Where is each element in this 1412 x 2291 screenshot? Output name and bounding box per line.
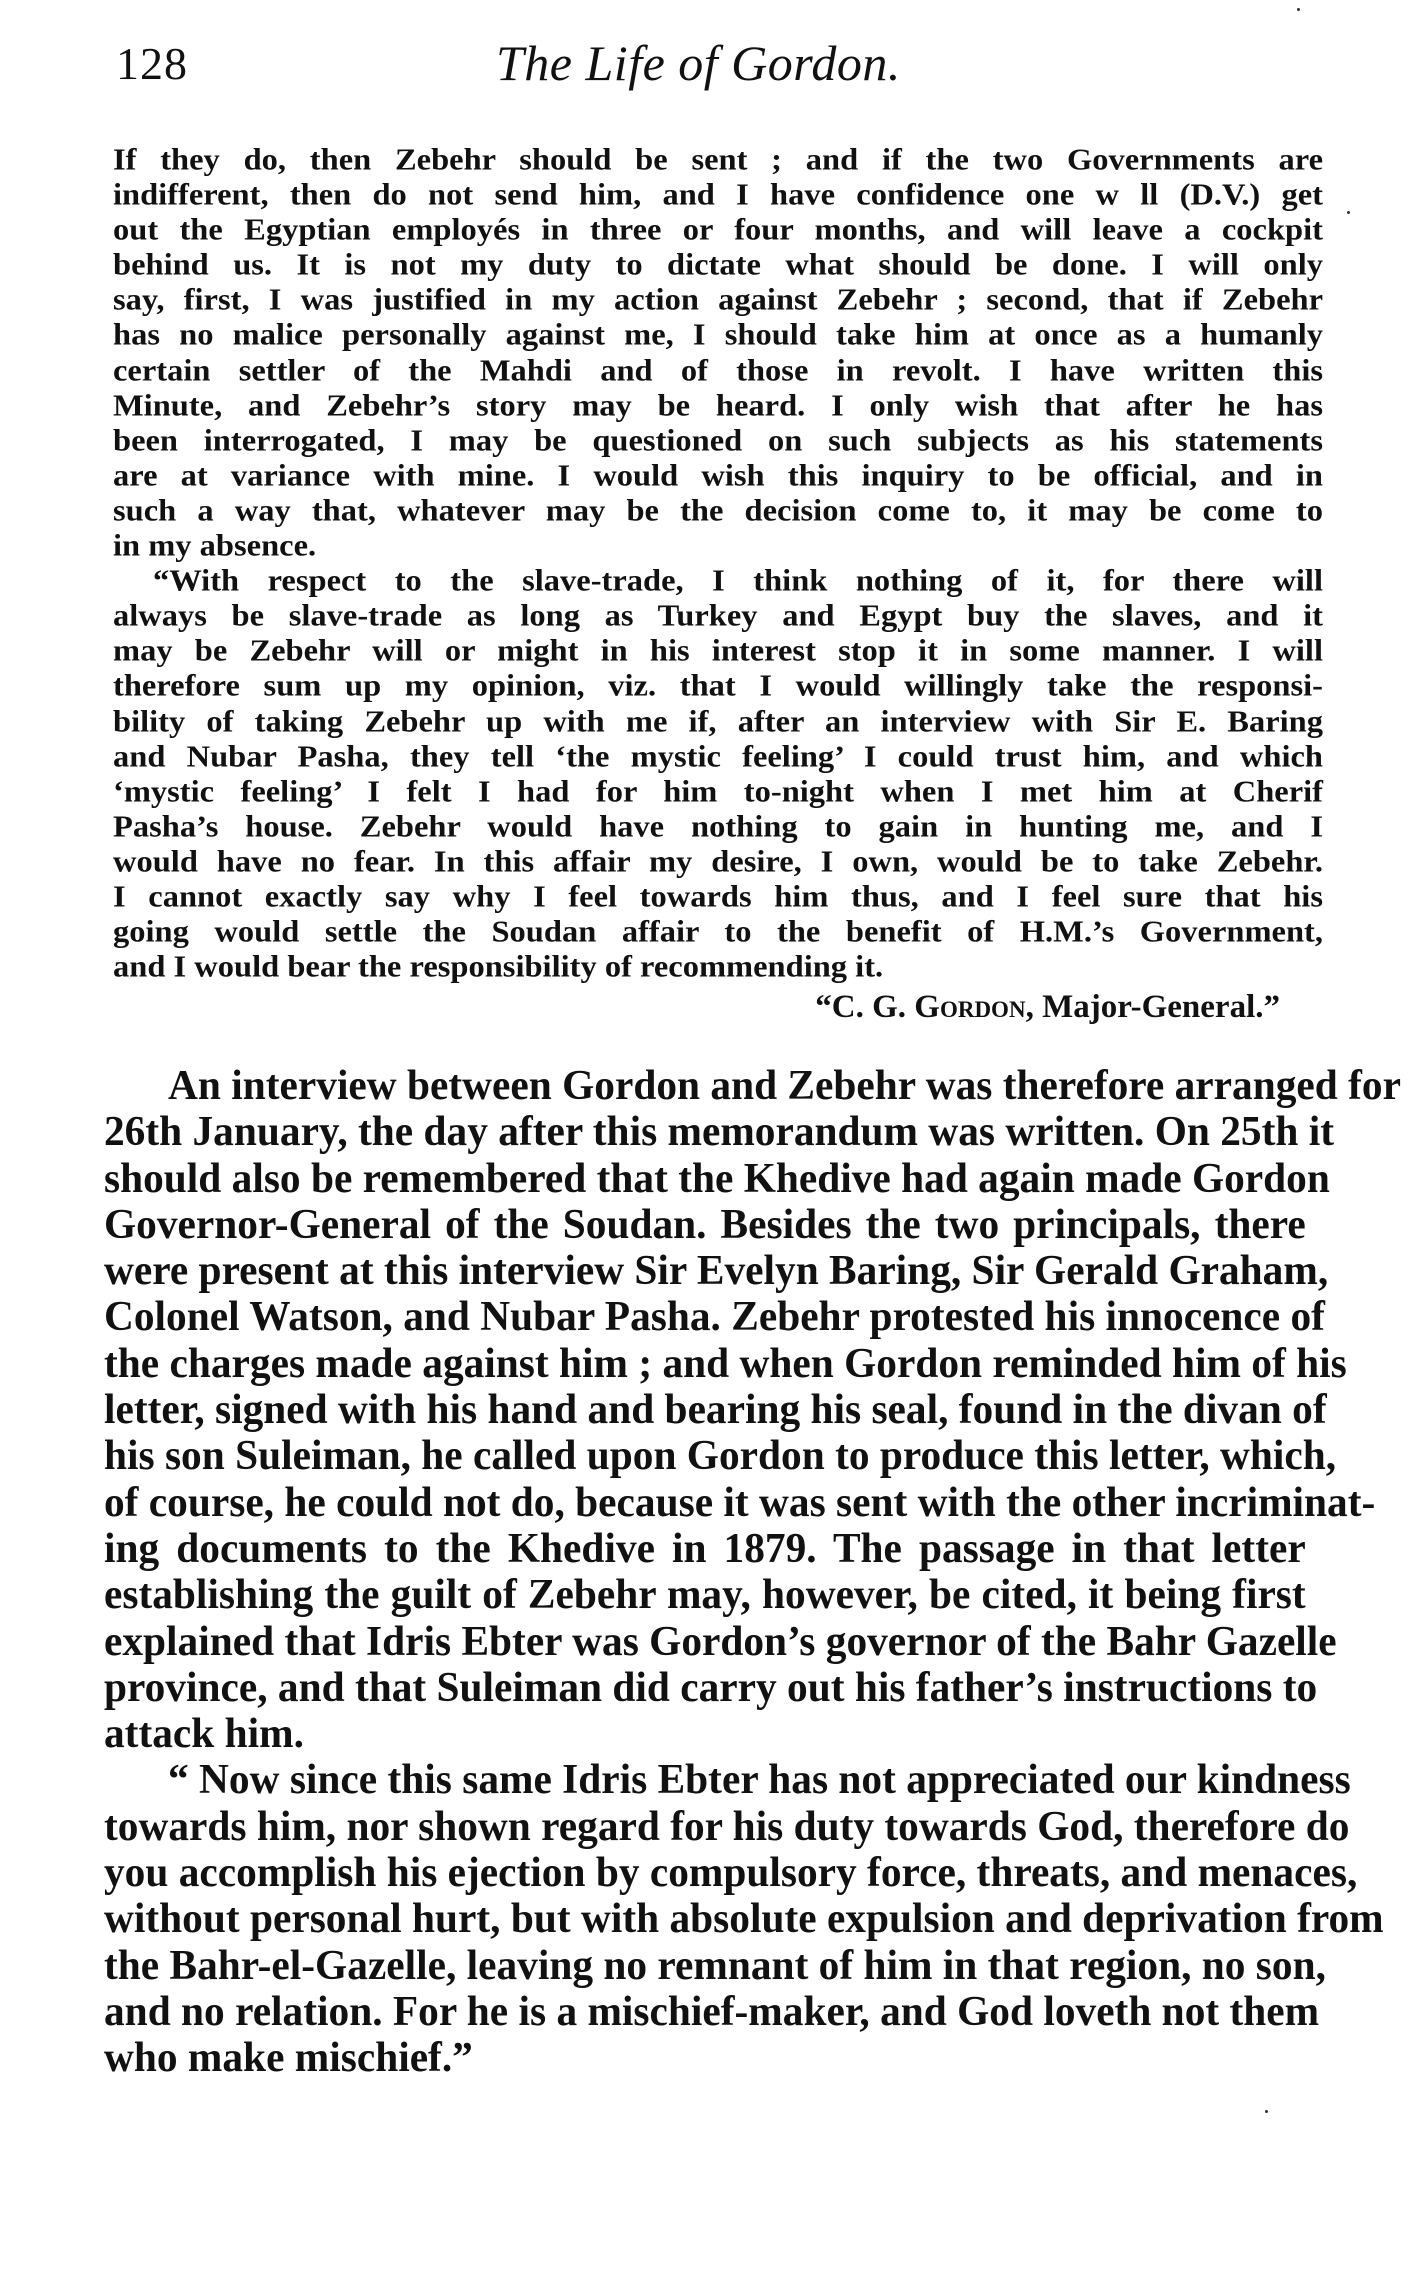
memorandum-line: Minute, and Zebehr’s story may be heard.… [113,390,1323,423]
memorandum-line: I cannot exactly say why I feel towards … [113,881,1323,914]
scan-speck [1297,8,1300,11]
body-line: attack him. [104,1711,1306,1757]
body-line: An interview between Gordon and Zebehr w… [104,1063,1306,1109]
signature-open-quote: “ [815,989,832,1025]
book-page: 128 The Life of Gordon. If they do, then… [0,0,1412,2291]
memorandum-signature: “C. G. Gordon, Major-General.” [745,988,1280,1026]
memorandum-line: been interrogated, I may be questioned o… [113,425,1323,458]
body-line: establishing the guilt of Zebehr may, ho… [104,1572,1306,1618]
body-line: ing documents to the Khedive in 1879. Th… [104,1526,1306,1572]
memorandum-line: If they do, then Zebehr should be sent ;… [113,144,1323,177]
body-line: who make mischief.” [104,2035,1306,2081]
body-line: towards him, nor shown regard for his du… [104,1804,1306,1850]
signature-title: , Major-General.” [1026,989,1280,1025]
scan-speck [1347,211,1350,214]
memorandum-line: bility of taking Zebehr up with me if, a… [113,705,1323,738]
body-line: and no relation. For he is a mischief-ma… [104,1989,1306,2035]
memorandum-line: behind us. It is not my duty to dictate … [113,249,1323,282]
body-line: his son Suleiman, he called upon Gordon … [104,1433,1306,1479]
memorandum-line: “With respect to the slave-trade, I thin… [113,565,1323,598]
memorandum-line: may be Zebehr will or might in his inter… [113,635,1323,668]
memorandum-line: indifferent, then do not send him, and I… [113,179,1323,212]
body-line: 26th January, the day after this memoran… [104,1109,1306,1155]
body-line: Governor-General of the Soudan. Besides … [104,1202,1306,1248]
body-line: the charges made against him ; and when … [104,1341,1306,1387]
memorandum-line: therefore sum up my opinion, viz. that I… [113,670,1323,703]
memorandum-line: Pasha’s house. Zebehr would have nothing… [113,811,1323,844]
signature-surname: Gordon [914,989,1025,1025]
memorandum-line: always be slave-trade as long as Turkey … [113,600,1323,633]
body-line: of course, he could not do, because it w… [104,1480,1306,1526]
memorandum-line: ‘mystic feeling’ I felt I had for him to… [113,776,1323,809]
scan-speck [1265,2110,1268,2113]
body-line: should also be remembered that the Khedi… [104,1156,1306,1202]
body-line: Colonel Watson, and Nubar Pasha. Zebehr … [104,1294,1306,1340]
memorandum-line: such a way that, whatever may be the dec… [113,495,1323,528]
memorandum-line: are at variance with mine. I would wish … [113,460,1323,493]
body-line: you accomplish his ejection by compulsor… [104,1850,1306,1896]
memorandum-line: going would settle the Soudan affair to … [113,916,1323,949]
body-line: were present at this interview Sir Evely… [104,1248,1306,1294]
body-text: An interview between Gordon and Zebehr w… [104,1063,1324,2082]
memorandum-line: would have no fear. In this affair my de… [113,846,1323,879]
memorandum-quote: If they do, then Zebehr should be sent ;… [113,143,1323,985]
signature-initials: C. G. [832,989,915,1025]
memorandum-line: has no malice personally against me, I s… [113,319,1323,352]
memorandum-line: and Nubar Pasha, they tell ‘the mystic f… [113,740,1323,773]
body-line: “ Now since this same Idris Ebter has no… [104,1757,1306,1803]
memorandum-line: certain settler of the Mahdi and of thos… [113,354,1323,387]
body-line: explained that Idris Ebter was Gordon’s … [104,1619,1306,1665]
memorandum-line: in my absence. [113,530,1323,563]
memorandum-line: out the Egyptian employés in three or fo… [113,214,1323,247]
body-line: province, and that Suleiman did carry ou… [104,1665,1306,1711]
memorandum-line: say, first, I was justified in my action… [113,284,1323,317]
page-number: 128 [116,38,188,90]
body-line: without personal hurt, but with absolute… [104,1896,1306,1942]
body-line: letter, signed with his hand and bearing… [104,1387,1306,1433]
memorandum-line: and I would bear the responsibility of r… [113,951,1323,984]
body-line: the Bahr-el-Gazelle, leaving no remnant … [104,1943,1306,1989]
running-title: The Life of Gordon. [496,33,901,93]
